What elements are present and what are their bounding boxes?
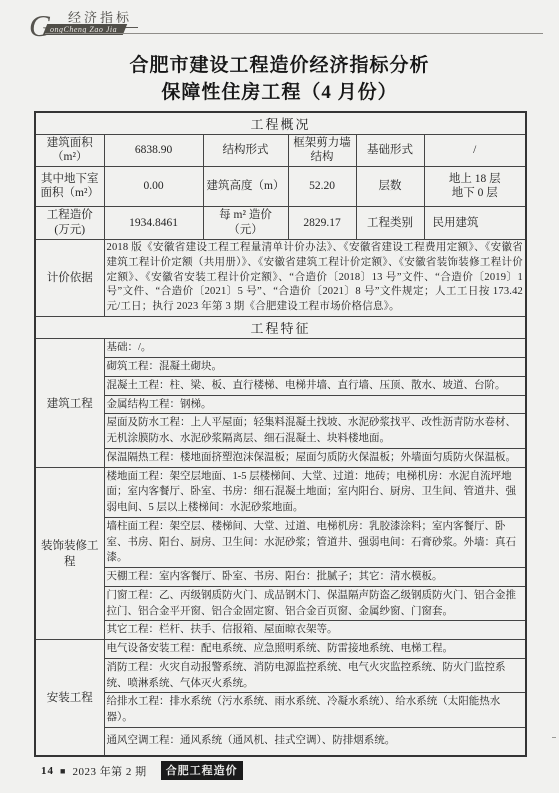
basis-label: 计价依据: [35, 239, 104, 317]
feature-roof-waterproof: 屋面及防水工程：上人平屋面；轻集料混凝土找坡、水泥砂浆找平、改性沥青防水卷材、无…: [104, 414, 526, 449]
title-line-2: 保障性住房工程（4 月份）: [0, 79, 559, 106]
feature-hvac: 通风空调工程：通风系统（通风机、挂式空调）、防排烟系统。: [104, 727, 526, 755]
project-cost-label: 工程造价 (万元): [35, 206, 104, 239]
feature-row: 安装工程 电气设备安装工程：配电系统、应急照明系统、防雷接地系统、电梯工程。: [35, 640, 526, 659]
building-height-label: 建筑高度（m）: [203, 166, 288, 206]
journal-badge: 合肥工程造价: [161, 761, 243, 780]
feature-row: 天棚工程：室内客餐厅、卧室、书房、阳台：批腻子；其它：清水模板。: [35, 568, 526, 587]
overview-row-2: 其中地下室面积（m²） 0.00 建筑高度（m） 52.20 层数 地上 18 …: [35, 166, 526, 206]
group-label-decoration: 装饰装修工程: [35, 467, 104, 640]
feature-metal-structure: 金属结构工程：钢梯。: [104, 395, 526, 414]
feature-doors-windows: 门窗工程：乙、丙级钢质防火门、成品钢木门、保温隔声防盗乙级钢质防火门、铝合金推拉…: [104, 586, 526, 621]
main-table: 工程概况 建筑面积（m²） 6838.90 结构形式 框架剪力墙结构 基础形式 …: [34, 111, 527, 757]
basement-area-value: 0.00: [104, 166, 203, 206]
features-header: 工程特征: [35, 317, 526, 339]
overview-header: 工程概况: [35, 112, 526, 135]
masthead-rule: [45, 33, 543, 34]
group-label-installation: 安装工程: [35, 640, 104, 756]
footer-square-icon: ■: [60, 766, 65, 776]
unit-cost-value: 2829.17: [288, 206, 356, 239]
masthead: G 经济指标 ongCheng Zao Jia: [0, 0, 559, 44]
feature-other-works: 其它工程：栏杆、扶手、信报箱、屋面晾衣架等。: [104, 621, 526, 640]
overview-row-1: 建筑面积（m²） 6838.90 结构形式 框架剪力墙结构 基础形式 /: [35, 135, 526, 167]
basement-area-label: 其中地下室面积（m²）: [35, 166, 104, 206]
features-header-row: 工程特征: [35, 317, 526, 339]
project-cost-value: 1934.8461: [104, 206, 203, 239]
feature-row: 墙柱面工程：架空层、楼梯间、大堂、过道、电梯机房：乳胶漆涂料；室内客餐厅、卧室、…: [35, 517, 526, 567]
feature-flooring: 楼地面工程：架空层地面、1-5 层楼梯间、大堂、过道：地砖；电梯机房：水泥自流坪…: [104, 467, 526, 517]
feature-electrical: 电气设备安装工程：配电系统、应急照明系统、防雷接地系统、电梯工程。: [104, 640, 526, 659]
document-page: G 经济指标 ongCheng Zao Jia 合肥市建设工程造价经济指标分析 …: [0, 0, 559, 793]
feature-row: 装饰装修工程 楼地面工程：架空层地面、1-5 层楼梯间、大堂、过道：地砖；电梯机…: [35, 467, 526, 517]
feature-row: 屋面及防水工程：上人平屋面；轻集料混凝土找坡、水泥砂浆找平、改性沥青防水卷材、无…: [35, 414, 526, 449]
feature-plumbing: 给排水工程：排水系统（污水系统、雨水系统、冷凝水系统）、给水系统（太阳能热水器）…: [104, 693, 526, 728]
overview-header-row: 工程概况: [35, 112, 526, 135]
structure-type-label: 结构形式: [203, 135, 288, 167]
page-number: 14: [41, 765, 54, 777]
structure-type-value: 框架剪力墙结构: [288, 135, 356, 167]
feature-row: 通风空调工程：通风系统（通风机、挂式空调）、防排烟系统。: [35, 727, 526, 755]
feature-row: 砌筑工程：混凝土砌块。: [35, 358, 526, 377]
scan-edge-mark: [552, 737, 556, 738]
basis-text: 2018 版《安徽省建设工程工程量清单计价办法》、《安徽省建设工程费用定额》、《…: [104, 239, 526, 317]
building-height-value: 52.20: [288, 166, 356, 206]
feature-ceiling: 天棚工程：室内客餐厅、卧室、书房、阳台：批腻子；其它：清水模板。: [104, 568, 526, 587]
feature-row: 门窗工程：乙、丙级钢质防火门、成品钢木门、保温隔声防盗乙级钢质防火门、铝合金推拉…: [35, 586, 526, 621]
feature-walls: 墙柱面工程：架空层、楼梯间、大堂、过道、电梯机房：乳胶漆涂料；室内客餐厅、卧室、…: [104, 517, 526, 567]
unit-cost-label: 每 m² 造价 （元）: [203, 206, 288, 239]
project-category-value: 民用建筑: [424, 206, 526, 239]
project-category-label: 工程类别: [356, 206, 424, 239]
page-title: 合肥市建设工程造价经济指标分析 保障性住房工程（4 月份）: [0, 52, 559, 106]
foundation-type-label: 基础形式: [356, 135, 424, 167]
feature-row: 消防工程：火灾自动报警系统、消防电源监控系统、电气火灾监控系统、防火门监控系统、…: [35, 658, 526, 693]
unit-cost-label-line2: （元）: [206, 223, 286, 237]
feature-row: 保温隔热工程：楼地面挤塑泡沫保温板；屋面匀质防火保温板；外墙面匀质防火保温板。: [35, 448, 526, 467]
feature-row: 金属结构工程：钢梯。: [35, 395, 526, 414]
floors-value: 地上 18 层 地下 0 层: [424, 166, 526, 206]
building-area-label: 建筑面积（m²）: [35, 135, 104, 167]
feature-row: 混凝土工程：柱、梁、板、直行楼梯、电梯井墙、直行墙、压顶、散水、坡道、台阶。: [35, 376, 526, 395]
basis-row: 计价依据 2018 版《安徽省建设工程工程量清单计价办法》、《安徽省建设工程费用…: [35, 239, 526, 317]
feature-concrete: 混凝土工程：柱、梁、板、直行楼梯、电梯井墙、直行墙、压顶、散水、坡道、台阶。: [104, 376, 526, 395]
building-area-value: 6838.90: [104, 135, 203, 167]
feature-masonry: 砌筑工程：混凝土砌块。: [104, 358, 526, 377]
feature-foundation: 基础：/。: [104, 339, 526, 358]
title-line-1: 合肥市建设工程造价经济指标分析: [0, 52, 559, 79]
floors-below: 地下 0 层: [427, 186, 524, 200]
issue-label: 2023 年第 2 期: [72, 763, 146, 779]
overview-row-3: 工程造价 (万元) 1934.8461 每 m² 造价 （元） 2829.17 …: [35, 206, 526, 239]
foundation-type-value: /: [424, 135, 526, 167]
feature-row: 给排水工程：排水系统（污水系统、雨水系统、冷凝水系统）、给水系统（太阳能热水器）…: [35, 693, 526, 728]
feature-insulation: 保温隔热工程：楼地面挤塑泡沫保温板；屋面匀质防火保温板；外墙面匀质防火保温板。: [104, 448, 526, 467]
feature-row: 其它工程：栏杆、扶手、信报箱、屋面晾衣架等。: [35, 621, 526, 640]
group-label-building: 建筑工程: [35, 339, 104, 467]
feature-fire-protection: 消防工程：火灾自动报警系统、消防电源监控系统、电气火灾监控系统、防火门监控系统、…: [104, 658, 526, 693]
floors-label: 层数: [356, 166, 424, 206]
floors-above: 地上 18 层: [427, 172, 524, 186]
page-footer: 14 ■ 2023 年第 2 期 合肥工程造价: [41, 761, 243, 780]
feature-row: 建筑工程 基础：/。: [35, 339, 526, 358]
unit-cost-label-line1: 每 m² 造价: [206, 208, 286, 222]
